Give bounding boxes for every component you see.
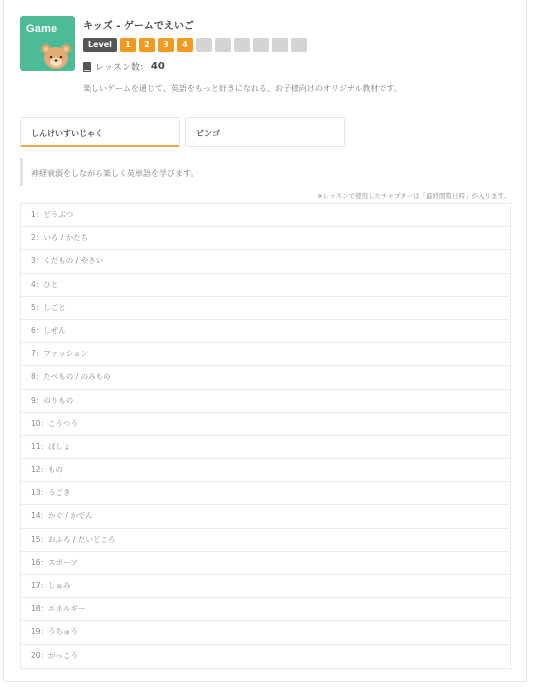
chapter-note: ※レッスンで使用したチャプターは「最終閲覧日時」が入ります。 [317, 191, 510, 200]
level-box [291, 38, 307, 52]
tab-label: しんけいすいじゃく [31, 129, 103, 138]
level-box: 1 [120, 38, 136, 52]
bear-icon [40, 42, 72, 70]
chapter-item[interactable]: 20：がっこう [21, 645, 510, 668]
chapter-item[interactable]: 12：もの [21, 459, 510, 482]
chapter-item[interactable]: 5：しごと [21, 297, 510, 320]
chapter-item[interactable]: 7：ファッション [21, 343, 510, 366]
level-box [234, 38, 250, 52]
chapter-item[interactable]: 14：かぐ / かでん [21, 505, 510, 528]
level-box [272, 38, 288, 52]
level-tag: Level [83, 38, 117, 52]
chapter-item[interactable]: 19：うちゅう [21, 621, 510, 644]
chapter-item[interactable]: 17：しゅみ [21, 575, 510, 598]
chapter-item[interactable]: 15：おふろ / だいどころ [21, 529, 510, 552]
level-box [196, 38, 212, 52]
course-thumbnail: Game [20, 16, 75, 71]
lesson-count-label: レッスン数： [95, 60, 149, 73]
chapter-item[interactable]: 10：こうつう [21, 413, 510, 436]
chapter-item[interactable]: 16：スポーツ [21, 552, 510, 575]
chapter-item[interactable]: 2：いろ / かたち [21, 227, 510, 250]
book-icon [83, 62, 91, 72]
level-box: 2 [139, 38, 155, 52]
level-box [253, 38, 269, 52]
lesson-count-value: 40 [151, 61, 165, 72]
chapter-item[interactable]: 11：ばしょ [21, 436, 510, 459]
chapter-item[interactable]: 13：うごき [21, 482, 510, 505]
chapter-item[interactable]: 8：たべもの / のみもの [21, 366, 510, 389]
chapter-item[interactable]: 6：しぜん [21, 320, 510, 343]
level-box: 4 [177, 38, 193, 52]
thumbnail-label: Game [26, 23, 57, 35]
level-box [215, 38, 231, 52]
course-description: 楽しいゲームを通じて、英語をもっと好きになれる、お子様向けのオリジナル教材です。 [83, 83, 402, 94]
tab-label: ビンゴ [196, 129, 220, 138]
level-box: 3 [158, 38, 174, 52]
game-intro: 神経衰弱をしながら楽しく英単語を学びます。 [20, 158, 510, 186]
tab-bingo[interactable]: ビンゴ [185, 117, 345, 147]
chapter-item[interactable]: 4：ひと [21, 274, 510, 297]
level-indicator: Level 1 2 3 4 [83, 38, 307, 52]
chapter-item[interactable]: 18：エネルギー [21, 598, 510, 621]
chapter-item[interactable]: 9：のりもの [21, 390, 510, 413]
tab-shinkeisuijaku[interactable]: しんけいすいじゃく [20, 117, 180, 147]
chapter-item[interactable]: 3：くだもの / やさい [21, 250, 510, 273]
chapter-list: 1：どうぶつ 2：いろ / かたち 3：くだもの / やさい 4：ひと 5：しご… [20, 203, 511, 669]
chapter-item[interactable]: 1：どうぶつ [21, 204, 510, 227]
lesson-count: レッスン数： 40 [83, 60, 165, 73]
course-title: キッズ - ゲームでえいご [83, 17, 194, 32]
